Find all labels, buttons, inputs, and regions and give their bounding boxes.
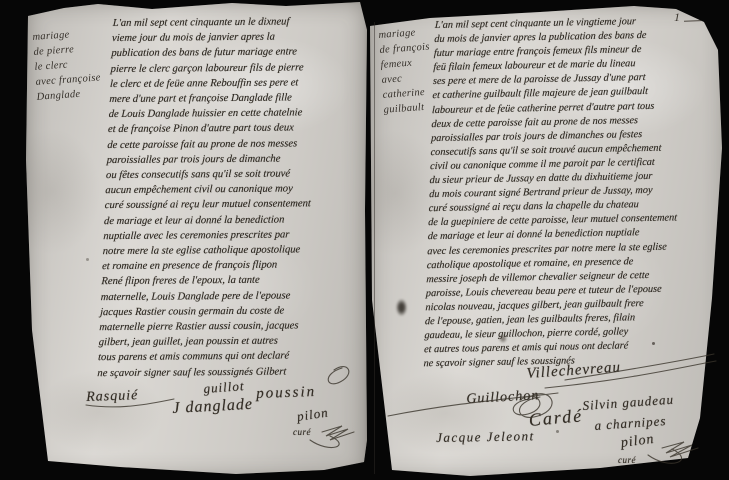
signature-poussin: poussin <box>256 384 316 403</box>
signature-guillot: guillot <box>203 378 245 397</box>
ink-smudge <box>499 334 507 343</box>
signature-jeleont: Jacque Jeleont <box>436 428 535 446</box>
paper-speck <box>86 258 89 261</box>
signature-pilon-right-cure-label: curé <box>618 455 636 465</box>
paper-speck <box>652 342 655 345</box>
margin-note-line: Danglade <box>36 85 102 105</box>
margin-note-line: guilbault <box>383 99 434 117</box>
left-margin-note: mariagede pierrele clercavec françoiseDa… <box>32 25 102 104</box>
right-page: 1 mariagede françoisfemeuxaveccatherineg… <box>366 2 729 480</box>
signature-guillochon: Guillochon <box>466 388 540 408</box>
right-margin-note: mariagede françoisfemeuxaveccatherinegui… <box>378 24 434 117</box>
signature-danglade: J danglade <box>172 396 253 418</box>
signature-gaudeau: Silvin gaudeau <box>582 392 675 414</box>
signature-carde: Cardé <box>528 405 584 431</box>
right-body-text: L'an mil sept cent cinquante un le vingt… <box>423 13 725 371</box>
left-page: mariagede pierrele clercavec françoiseDa… <box>24 0 368 479</box>
signature-charnipes: a charnipes <box>594 413 667 434</box>
paper-speck <box>556 430 559 433</box>
page-fold-line <box>374 22 375 474</box>
manuscript-photo: mariagede pierrele clercavec françoiseDa… <box>0 0 729 480</box>
signature-rasquie: Rasquié <box>86 388 139 406</box>
left-body-text: L'an mil sept cent cinquante un le dixne… <box>97 14 369 381</box>
signature-pilon-right: pilon <box>620 432 655 452</box>
signature-pilon-cure-label: curé <box>293 427 311 437</box>
ink-smudge <box>396 299 407 316</box>
signature-pilon: pilon <box>296 405 330 425</box>
